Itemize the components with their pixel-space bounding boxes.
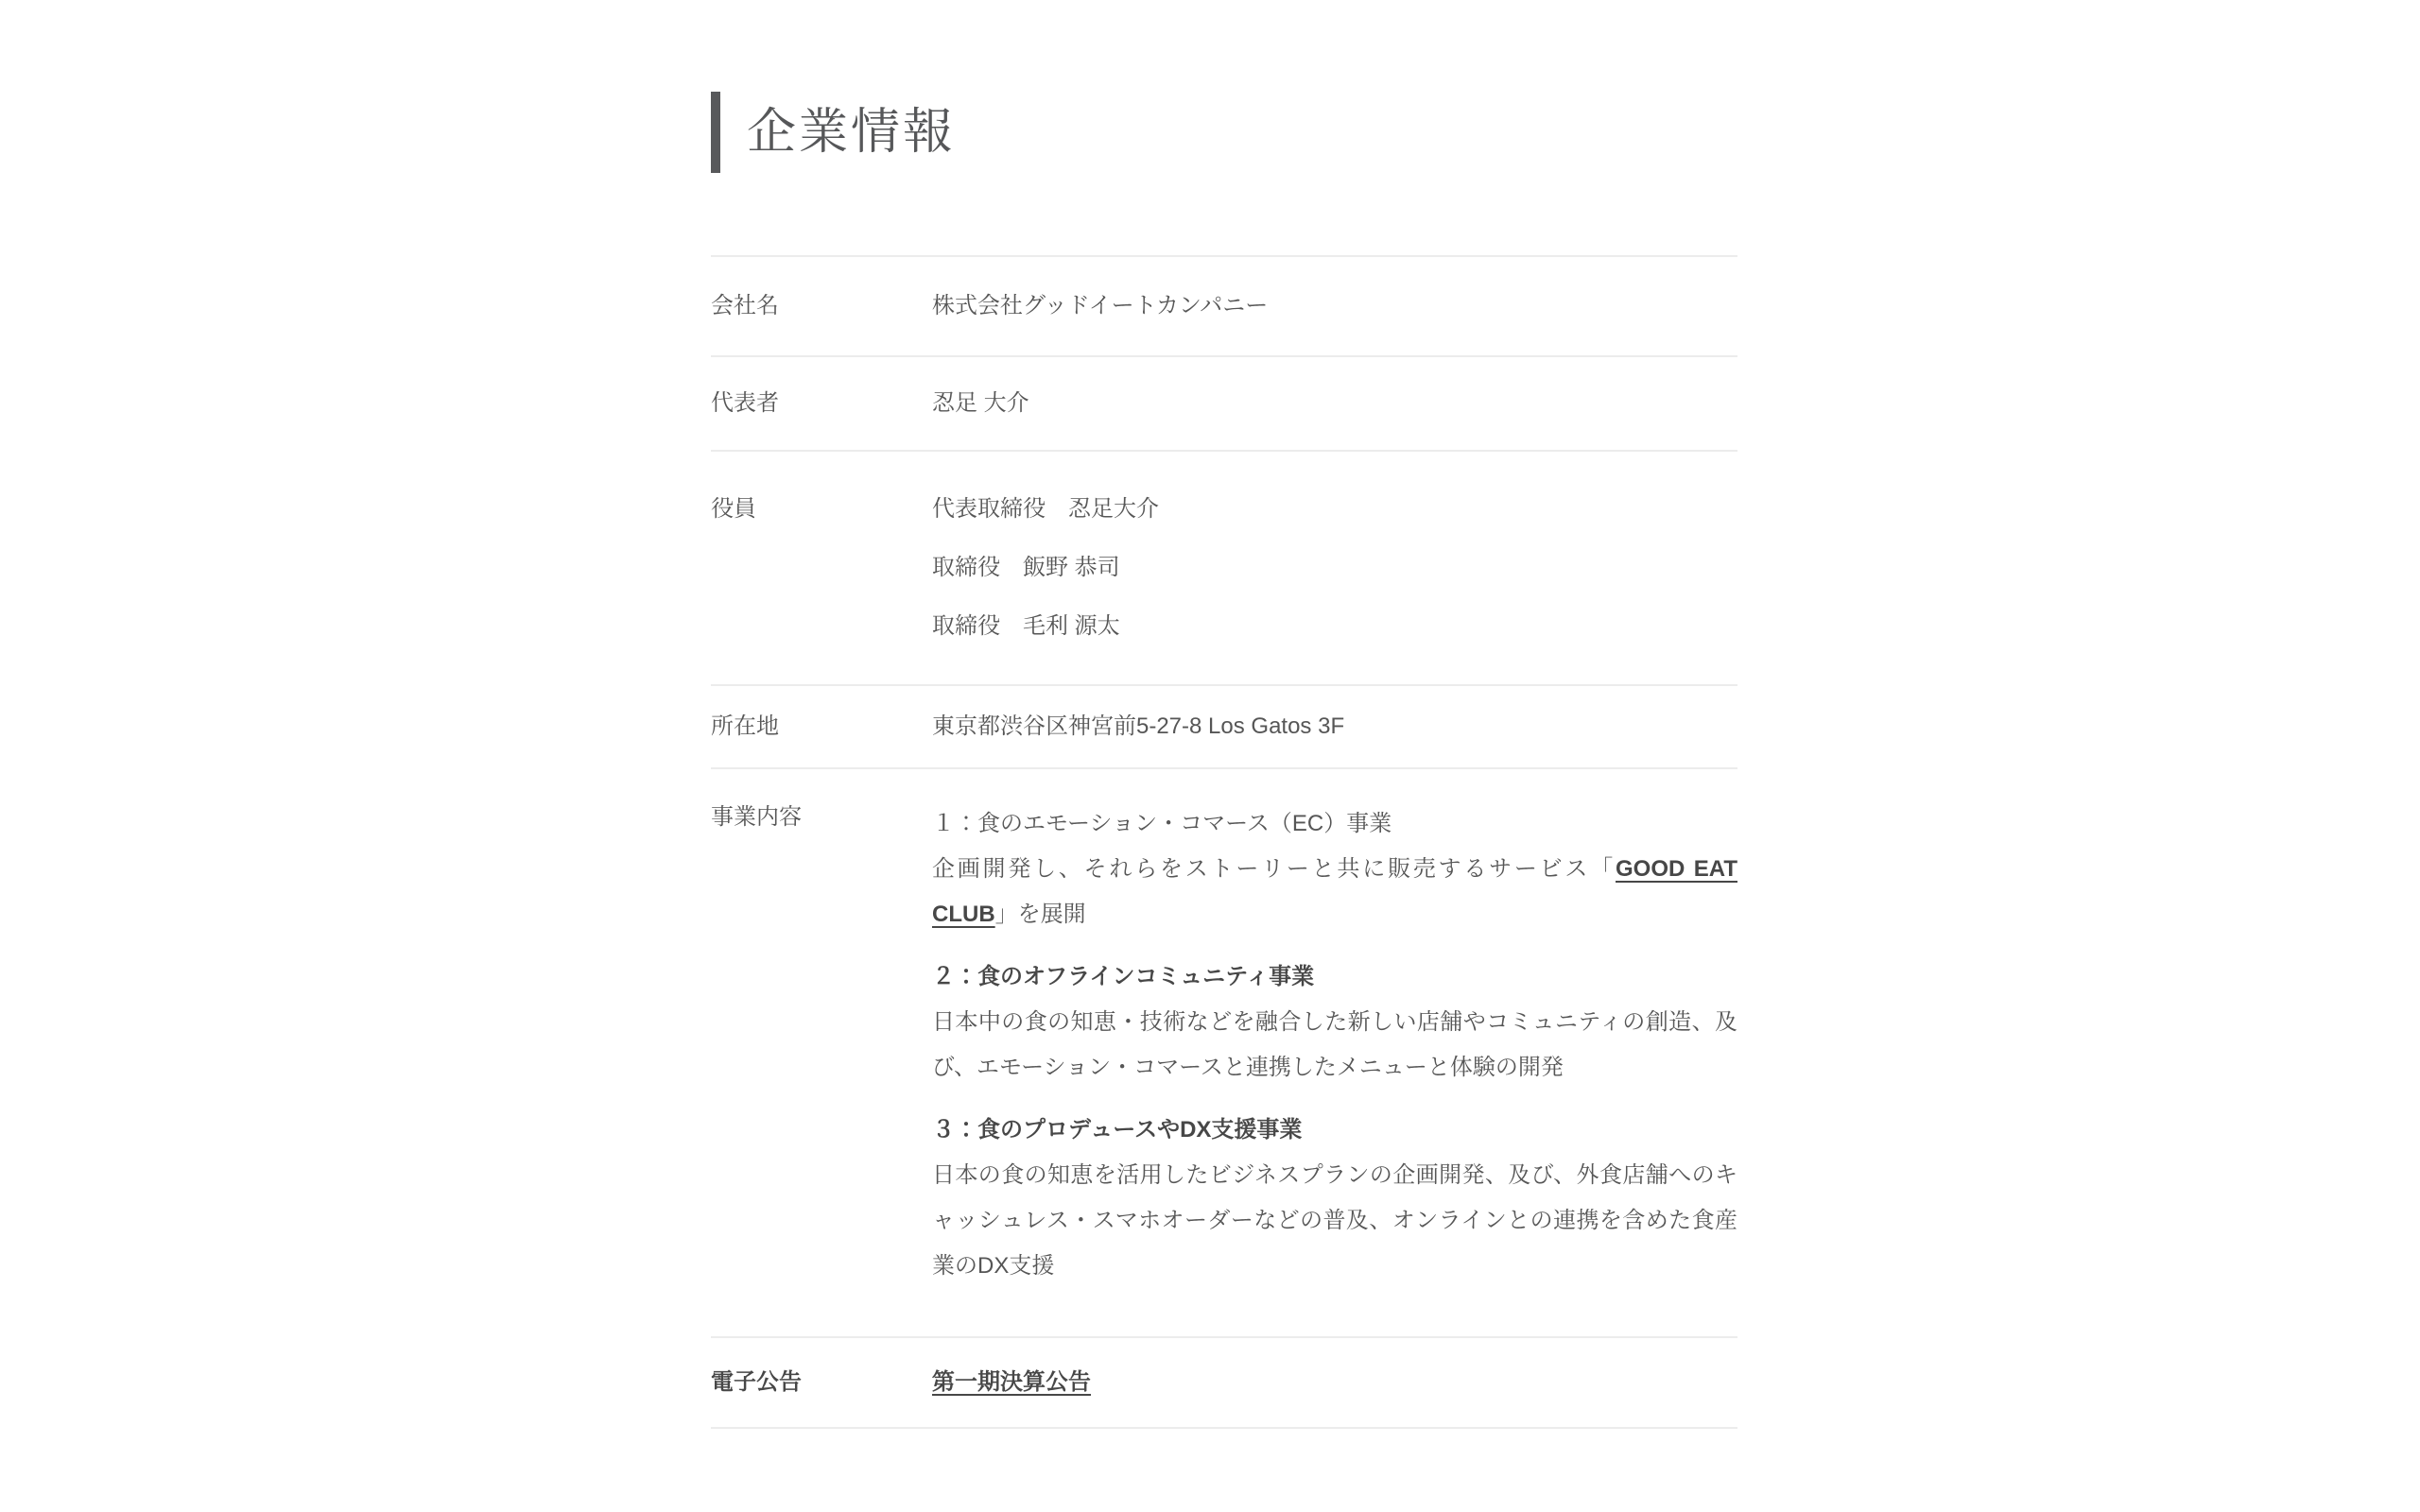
officer-line: 取締役 飯野 恭司 — [932, 552, 1737, 584]
financial-results-notice-link[interactable]: 第一期決算公告 — [932, 1369, 1091, 1395]
row-label: 代表者 — [711, 387, 932, 420]
page-title-block: 企業情報 — [711, 91, 1737, 174]
page-title: 企業情報 — [747, 108, 955, 157]
business-heading: １：食のエモーション・コマース（EC）事業 — [932, 801, 1737, 847]
row-label: 事業内容 — [711, 801, 932, 1289]
table-row-officers: 役員 代表取締役 忍足大介 取締役 飯野 恭司 取締役 毛利 源太 — [711, 450, 1737, 684]
table-row-representative: 代表者 忍足 大介 — [711, 355, 1737, 450]
company-info-table: 会社名 株式会社グッドイートカンパニー 代表者 忍足 大介 役員 代表取締役 忍… — [711, 255, 1737, 1429]
business-section-ec: １：食のエモーション・コマース（EC）事業 各店の味の再現や匠の技を活用した商品… — [932, 801, 1737, 937]
business-heading: ３：食のプロデュースやDX支援事業 — [932, 1108, 1737, 1153]
row-value: 忍足 大介 — [932, 387, 1737, 420]
table-row-address: 所在地 東京都渋谷区神宮前5-27-8 Los Gatos 3F — [711, 684, 1737, 767]
row-label: 所在地 — [711, 711, 932, 743]
officer-line: 取締役 毛利 源太 — [932, 610, 1737, 643]
business-section-dx-support: ３：食のプロデュースやDX支援事業 日本の食の知恵を活用したビジネスプランの企画… — [932, 1108, 1737, 1289]
title-accent-bar — [711, 92, 720, 173]
business-heading: ２：食のオフラインコミュニティ事業 — [932, 954, 1737, 1000]
row-label: 会社名 — [711, 290, 932, 322]
row-value: 東京都渋谷区神宮前5-27-8 Los Gatos 3F — [932, 711, 1737, 743]
row-label: 電子公告 — [711, 1366, 932, 1399]
business-body: 日本中の食の知恵・技術などを融合した新しい店舗やコミュニティの創造、及び、エモー… — [932, 1000, 1737, 1091]
row-value: １：食のエモーション・コマース（EC）事業 各店の味の再現や匠の技を活用した商品… — [932, 801, 1737, 1289]
officer-line: 代表取締役 忍足大介 — [932, 493, 1737, 525]
business-text: 企画開発し、それらをストーリーと共に販売するサービス「 — [932, 856, 1616, 882]
business-text: 」を展開 — [995, 902, 1086, 927]
row-value: 株式会社グッドイートカンパニー — [932, 290, 1737, 322]
row-value: 代表取締役 忍足大介 取締役 飯野 恭司 取締役 毛利 源太 — [932, 493, 1737, 643]
table-row-business: 事業内容 １：食のエモーション・コマース（EC）事業 各店の味の再現や匠の技を活… — [711, 767, 1737, 1336]
table-row-company-name: 会社名 株式会社グッドイートカンパニー — [711, 255, 1737, 355]
business-section-offline-community: ２：食のオフラインコミュニティ事業 日本中の食の知恵・技術などを融合した新しい店… — [932, 954, 1737, 1091]
company-info-page: 企業情報 会社名 株式会社グッドイートカンパニー 代表者 忍足 大介 役員 代表… — [711, 91, 1737, 1429]
business-body: 日本の食の知恵を活用したビジネスプランの企画開発、及び、外食店舗へのキャッシュレ… — [932, 1153, 1737, 1289]
table-row-electronic-notice: 電子公告 第一期決算公告 — [711, 1336, 1737, 1429]
business-body: 各店の味の再現や匠の技を活用した商品、参加型プログラム、新しい食体験を企画開発し… — [932, 847, 1737, 937]
row-label: 役員 — [711, 493, 932, 643]
row-value: 第一期決算公告 — [932, 1366, 1737, 1399]
